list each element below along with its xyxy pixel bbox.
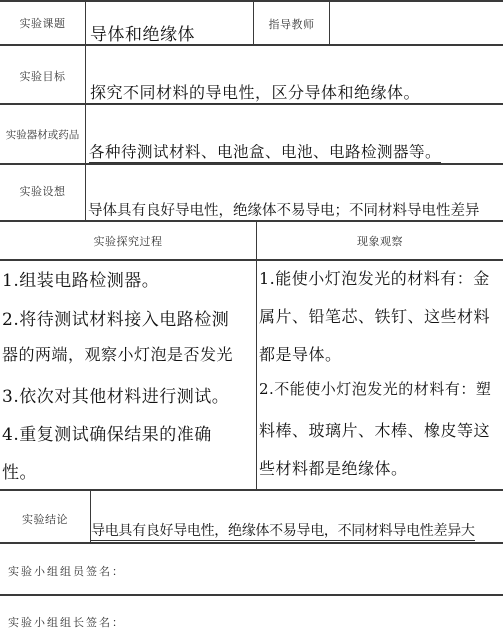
observation-line: 料棒、玻璃片、木棒、橡皮等这 xyxy=(259,418,490,441)
teacher-label: 指导教师 xyxy=(254,16,329,32)
topic-value: 导体和绝缘体 xyxy=(90,20,195,45)
hypothesis-label: 实验设想 xyxy=(0,183,85,199)
observation-line: 2.不能使小灯泡发光的材料有：塑 xyxy=(259,378,491,399)
topic-label: 实验课题 xyxy=(0,15,85,31)
observation-line: 些材料都是绝缘体。 xyxy=(259,456,408,479)
col-divider xyxy=(256,220,257,489)
conclusion-value: 导电具有良好导电性，绝缘体不易导电，不同材料导电性差异大 xyxy=(91,520,475,541)
materials-value: 各种待测试材料、电池盒、电池、电路检测器等。 xyxy=(89,140,441,163)
hypothesis-value: 导体具有良好导电性，绝缘体不易导电；不同材料导电性差异 xyxy=(88,199,480,220)
conclusion-label: 实验结论 xyxy=(0,511,90,527)
row-divider xyxy=(0,594,503,596)
observation-line: 属片、铅笔芯、铁钉、这些材料 xyxy=(259,304,490,327)
process-line: 2.将待测试材料接入电路检测 xyxy=(2,305,229,330)
row-divider xyxy=(0,259,503,261)
row-divider xyxy=(0,44,503,46)
col-divider xyxy=(329,0,330,44)
process-line: 1.组装电路检测器。 xyxy=(2,266,159,291)
row-divider xyxy=(0,0,503,2)
process-line: 器的两端，观察小灯泡是否发光 xyxy=(2,342,233,365)
goal-label: 实验目标 xyxy=(0,68,85,84)
goal-value: 探究不同材料的导电性，区分导体和绝缘体。 xyxy=(90,80,420,104)
row-divider xyxy=(0,489,503,491)
observation-line: 都是导体。 xyxy=(259,342,342,365)
process-line: 4.重复测试确保结果的准确 xyxy=(2,420,212,445)
observation-line: 1.能使小灯泡发光的材料有：金 xyxy=(259,266,490,289)
col-divider xyxy=(85,0,86,220)
process-line: 3.依次对其他材料进行测试。 xyxy=(2,382,229,407)
process-header: 实验探究过程 xyxy=(0,233,256,249)
process-line: 性。 xyxy=(2,458,37,483)
row-divider xyxy=(0,542,503,544)
row-divider xyxy=(0,220,503,222)
row-divider xyxy=(0,163,503,165)
members-signature-label: 实验小组组员签名： xyxy=(8,563,125,579)
leader-signature-label: 实验小组组长签名： xyxy=(8,614,125,630)
observation-header: 现象观察 xyxy=(257,233,503,249)
experiment-report-form: 实验课题 导体和绝缘体 指导教师 实验目标 探究不同材料的导电性，区分导体和绝缘… xyxy=(0,0,503,643)
materials-label: 实验器材或药品 xyxy=(0,127,85,142)
